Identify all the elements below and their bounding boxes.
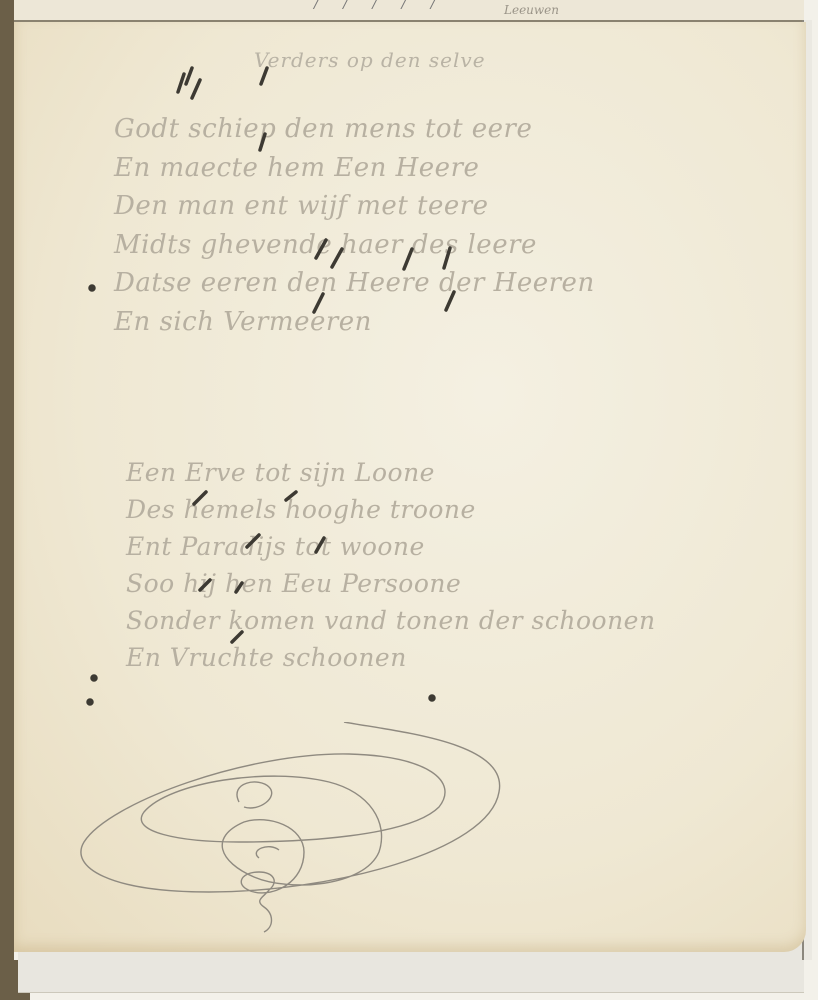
- verse-line: En maecte hem Een Heere: [114, 149, 595, 188]
- verse-line: Den man ent wijf met teere: [114, 187, 595, 226]
- verse-line: En Vruchte schoonen: [126, 639, 656, 676]
- verse-line: En sich Vermeeren: [114, 303, 595, 342]
- calligraphic-flourish: [69, 722, 529, 942]
- verse-line: Een Erve tot sijn Loone: [126, 454, 656, 491]
- stanza-1: Godt schiep den mens tot eere En maecte …: [114, 110, 595, 341]
- book-spine: [0, 0, 14, 1000]
- verse-line: Soo hij hen Eeu Persoone: [126, 565, 656, 602]
- verse-line: Midts ghevende haer des leere: [114, 226, 595, 265]
- verse-line: Sonder komen vand tonen der schoonen: [126, 602, 656, 639]
- previous-page-edge: / / / / / Leeuwen: [14, 0, 804, 22]
- verse-line: Datse eeren den Heere der Heeren: [114, 264, 595, 303]
- previous-page-word: Leeuwen: [504, 3, 559, 17]
- manuscript-page: Verders op den selve Godt schiep den men…: [14, 22, 806, 952]
- verse-line: Godt schiep den mens tot eere: [114, 110, 595, 149]
- verse-line: Ent Paradijs tot woone: [126, 528, 656, 565]
- stanza-2: Een Erve tot sijn Loone Des hemels hoogh…: [126, 454, 656, 676]
- page-heading: Verders op den selve: [254, 48, 486, 72]
- verse-line: Des hemels hooghe troone: [126, 491, 656, 528]
- previous-page-ink-marks: / / / / /: [314, 0, 445, 12]
